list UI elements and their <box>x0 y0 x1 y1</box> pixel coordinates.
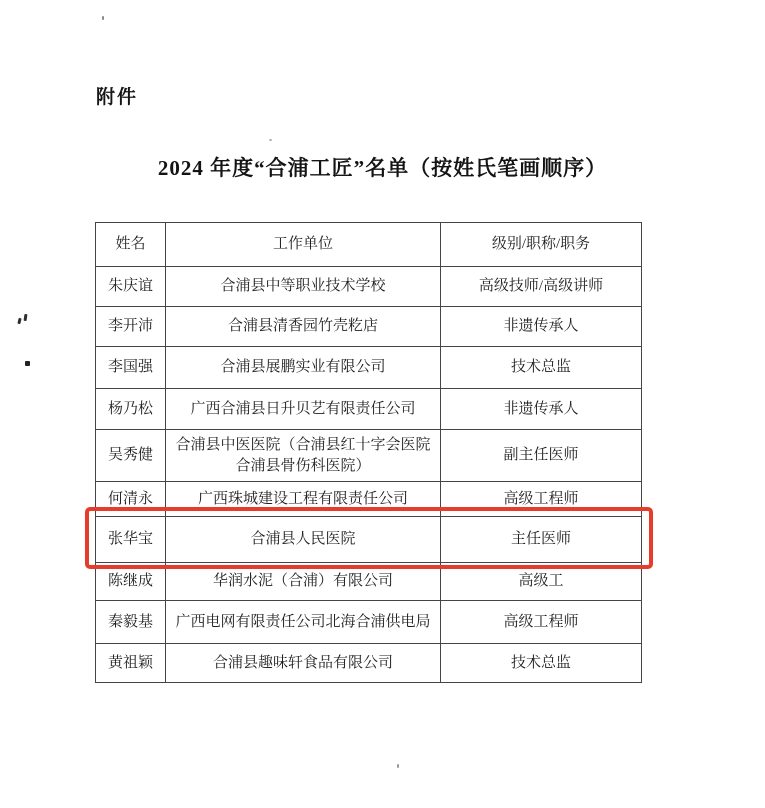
table-row: 陈继成华润水泥（合浦）有限公司高级工 <box>96 563 642 601</box>
table-row-highlighted: 张华宝合浦县人民医院主任医师 <box>96 517 642 563</box>
cell-name: 张华宝 <box>96 517 166 563</box>
cell-title: 高级工 <box>441 563 642 601</box>
table-row: 杨乃松广西合浦县日升贝艺有限责任公司非遗传承人 <box>96 389 642 430</box>
scan-speck <box>17 318 21 325</box>
cell-name: 何清永 <box>96 482 166 517</box>
roster-table: 姓名工作单位级别/职称/职务 朱庆谊合浦县中等职业技术学校高级技师/高级讲师李开… <box>95 222 642 683</box>
cell-title: 主任医师 <box>441 517 642 563</box>
cell-unit: 合浦县展鹏实业有限公司 <box>166 347 441 389</box>
table-row: 李开沛合浦县清香园竹壳籺店非遗传承人 <box>96 307 642 347</box>
scan-speck <box>269 139 272 141</box>
column-header: 工作单位 <box>166 223 441 267</box>
column-header: 级别/职称/职务 <box>441 223 642 267</box>
cell-title: 高级工程师 <box>441 601 642 644</box>
cell-unit: 合浦县人民医院 <box>166 517 441 563</box>
roster-table-container: 姓名工作单位级别/职称/职务 朱庆谊合浦县中等职业技术学校高级技师/高级讲师李开… <box>95 222 642 683</box>
table-row: 秦毅基广西电网有限责任公司北海合浦供电局高级工程师 <box>96 601 642 644</box>
cell-unit: 广西电网有限责任公司北海合浦供电局 <box>166 601 441 644</box>
table-row: 吴秀健合浦县中医医院（合浦县红十字会医院 合浦县骨伤科医院）副主任医师 <box>96 430 642 482</box>
cell-unit: 合浦县中等职业技术学校 <box>166 267 441 307</box>
table-row: 黄祖颖合浦县趣味轩食品有限公司技术总监 <box>96 644 642 683</box>
table-body: 朱庆谊合浦县中等职业技术学校高级技师/高级讲师李开沛合浦县清香园竹壳籺店非遗传承… <box>96 267 642 683</box>
cell-unit: 广西合浦县日升贝艺有限责任公司 <box>166 389 441 430</box>
cell-title: 技术总监 <box>441 347 642 389</box>
column-header: 姓名 <box>96 223 166 267</box>
cell-title: 技术总监 <box>441 644 642 683</box>
scan-speck <box>397 764 399 768</box>
cell-title: 高级技师/高级讲师 <box>441 267 642 307</box>
cell-unit: 华润水泥（合浦）有限公司 <box>166 563 441 601</box>
cell-name: 李开沛 <box>96 307 166 347</box>
table-header-row: 姓名工作单位级别/职称/职务 <box>96 223 642 267</box>
attachment-label: 附件 <box>96 82 138 109</box>
cell-unit: 合浦县清香园竹壳籺店 <box>166 307 441 347</box>
cell-name: 朱庆谊 <box>96 267 166 307</box>
cell-title: 副主任医师 <box>441 430 642 482</box>
cell-title: 非遗传承人 <box>441 307 642 347</box>
document-title: 2024 年度“合浦工匠”名单（按姓氏笔画顺序） <box>0 152 765 182</box>
cell-name: 陈继成 <box>96 563 166 601</box>
cell-name: 黄祖颖 <box>96 644 166 683</box>
cell-title: 非遗传承人 <box>441 389 642 430</box>
scan-speck <box>102 16 104 20</box>
scan-speck <box>25 361 30 366</box>
cell-name: 李国强 <box>96 347 166 389</box>
cell-unit: 合浦县趣味轩食品有限公司 <box>166 644 441 683</box>
table-row: 何清永广西珠城建设工程有限责任公司高级工程师 <box>96 482 642 517</box>
scanned-document-page: 附件 2024 年度“合浦工匠”名单（按姓氏笔画顺序） 姓名工作单位级别/职称/… <box>0 0 765 808</box>
cell-name: 吴秀健 <box>96 430 166 482</box>
cell-unit: 合浦县中医医院（合浦县红十字会医院 合浦县骨伤科医院） <box>166 430 441 482</box>
table-row: 朱庆谊合浦县中等职业技术学校高级技师/高级讲师 <box>96 267 642 307</box>
cell-title: 高级工程师 <box>441 482 642 517</box>
table-row: 李国强合浦县展鹏实业有限公司技术总监 <box>96 347 642 389</box>
cell-name: 秦毅基 <box>96 601 166 644</box>
cell-name: 杨乃松 <box>96 389 166 430</box>
cell-unit: 广西珠城建设工程有限责任公司 <box>166 482 441 517</box>
scan-speck <box>24 314 28 321</box>
